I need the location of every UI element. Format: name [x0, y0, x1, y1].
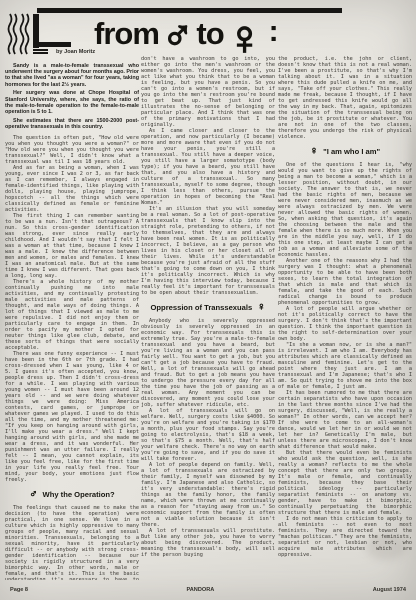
decorative-corner-bar [33, 52, 48, 54]
section-heading-label: Oppression of Transsexuals [151, 303, 253, 312]
female-symbol-icon: ♀ [257, 302, 265, 313]
intro-paragraph: Sandy is a male-to-female transsexual wh… [5, 63, 139, 88]
byline: by Joan Moritz [56, 49, 95, 55]
body-paragraph: And as far as being a woman, when I was … [5, 165, 139, 213]
body-paragraph: One of the questions I hear is, "why wou… [278, 162, 412, 258]
male-symbol-icon: ♂ [162, 13, 194, 55]
body-paragraph: I do not mean this criticism to apply to… [278, 516, 412, 558]
body-paragraph: There was one funny experience -- I must… [5, 351, 139, 483]
body-paragraph: Another one of the reasons why I had the… [278, 258, 412, 306]
body-paragraph: Anybody who is severely oppressed obviou… [141, 318, 275, 408]
male-symbol-icon: ♂ [29, 489, 37, 500]
body-paragraph: It's an illusion that you will someday b… [141, 206, 275, 296]
column-right: the product, i.e. the john or client, do… [278, 56, 412, 580]
body-paragraph: It has been rumored to me that there are… [278, 390, 412, 450]
decorative-corner-bar [33, 42, 71, 47]
body-paragraph: the product, i.e. the john or client, do… [278, 56, 412, 140]
body-paragraph: A lot of people depend on family. Well, … [141, 462, 275, 528]
body-paragraph: As I came closer and closer to the opera… [141, 128, 275, 206]
body-paragraph: A lot of transsexuals will prostitute. B… [141, 528, 275, 558]
decorative-waves-icon [6, 12, 32, 60]
footer-date: August 1974 [373, 587, 406, 593]
body-paragraph: don't have a washroom to go into, you ei… [141, 56, 275, 128]
intro-paragraph: She estimates that there are 1500-2000 p… [5, 118, 139, 130]
title-word-to: to [196, 16, 223, 52]
page-footer: Page 8 PANDORA August 1974 [0, 587, 416, 593]
section-heading-label: "I am who I am" [323, 147, 380, 156]
footer-publication-name: PANDORA [186, 587, 214, 593]
title-word-from: from [94, 16, 159, 52]
intro-paragraph: Her surgery was done at Chope Hospital o… [5, 90, 139, 115]
body-paragraph: The question is often put, "How old were… [5, 135, 139, 165]
section-heading-label: Why the Operation? [43, 490, 115, 499]
section-heading-why-the-operation: ♂ Why the Operation? [5, 489, 139, 500]
body-paragraph: A lot of transsexuals will go on welfare… [141, 408, 275, 462]
body-paragraph: There's a whole history of my mother con… [5, 279, 139, 351]
column-left: Sandy is a male-to-female transsexual wh… [5, 63, 139, 580]
newspaper-page: from ♂ to ♀ : by Joan Moritz Sandy is a … [0, 0, 416, 600]
decorative-corner-bar [33, 49, 48, 51]
body-paragraph: The first thing I can remember wanting t… [5, 213, 139, 279]
article-title: from ♂ to ♀ : [94, 8, 279, 60]
footer-page-number: Page 8 [10, 587, 28, 593]
female-symbol-icon: ♀ [310, 146, 318, 157]
section-heading-oppression-of-transsexuals: Oppression of Transsexuals ♀ [141, 302, 275, 313]
body-paragraph: The feelings that caused me to make the … [5, 505, 139, 580]
section-heading-i-am-who-i-am: ♀ "I am who I am" [278, 146, 412, 157]
column-middle: don't have a washroom to go into, you ei… [141, 56, 275, 580]
body-paragraph: But that there would even be feminists w… [278, 450, 412, 516]
body-paragraph: A lot of people will argue whether or no… [278, 306, 412, 342]
title-colon: : [269, 15, 279, 49]
body-paragraph: "Is she a woman now, or is she a man?" i… [278, 342, 412, 390]
